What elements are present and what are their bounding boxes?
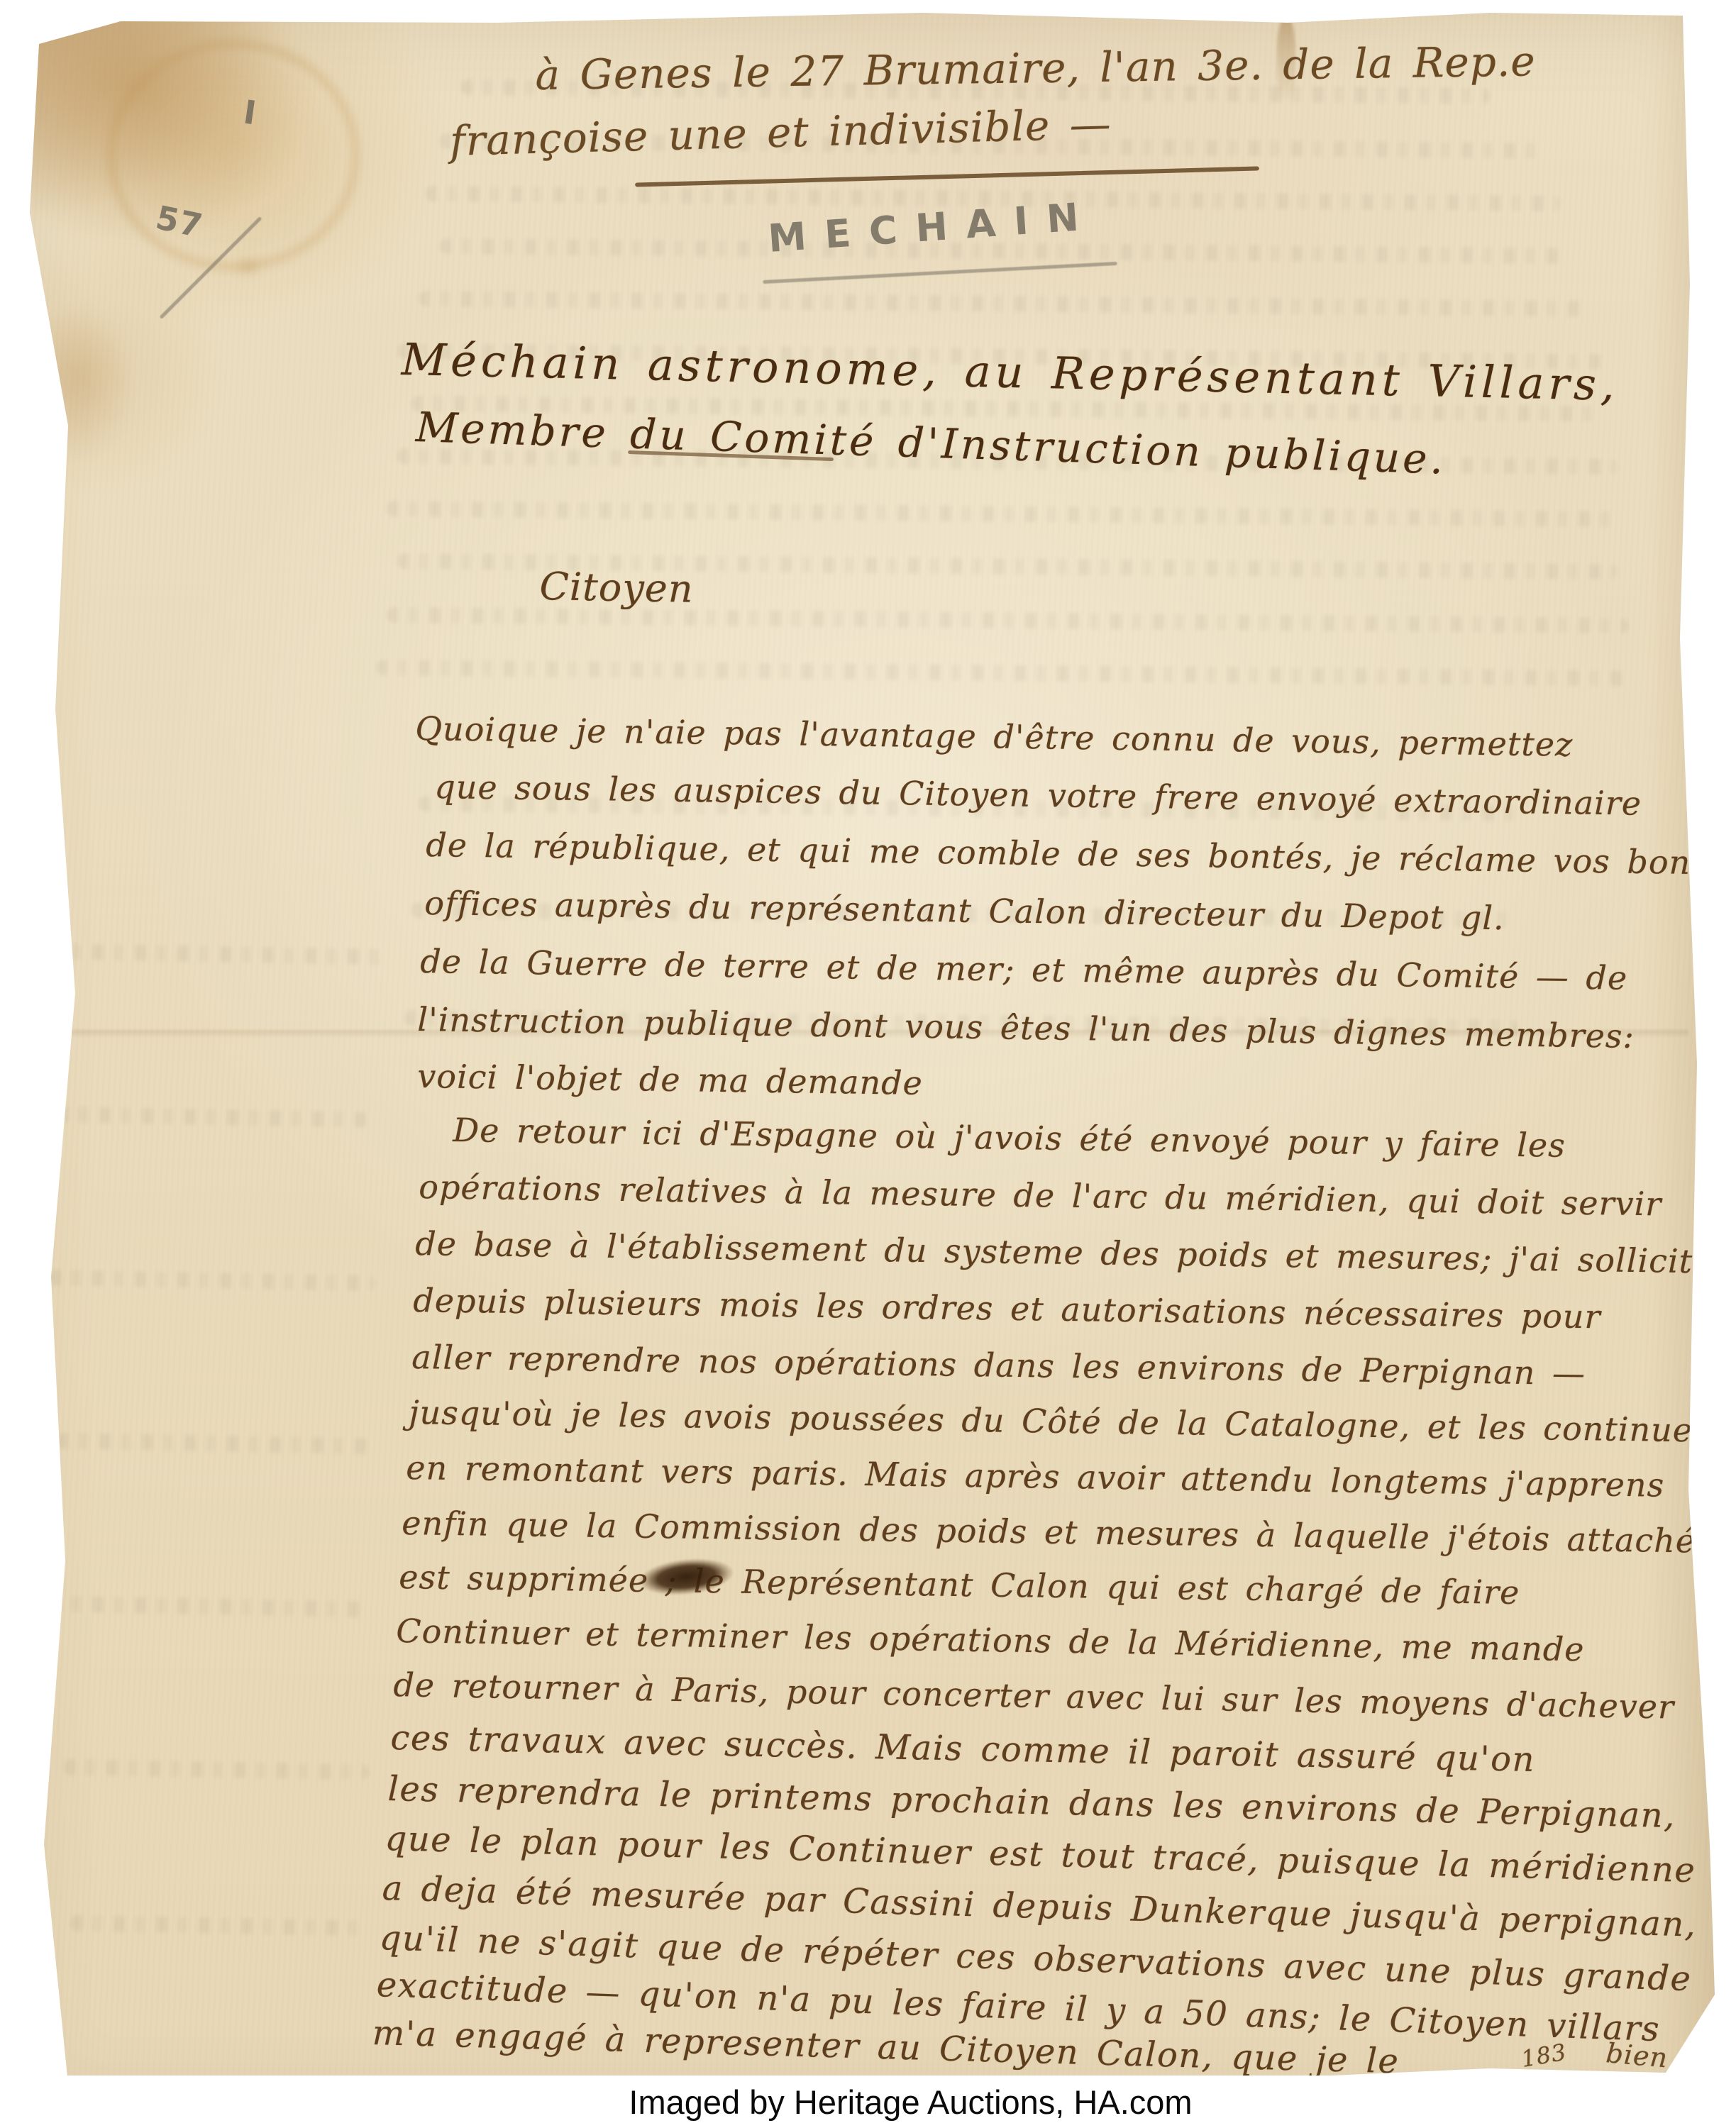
body-line: de la république, et qui me comble de se… bbox=[426, 826, 1708, 882]
letter-sheet: à Genes le 27 Brumaire, l'an 3e. de la R… bbox=[0, 0, 1736, 2128]
bleed-through-line bbox=[411, 396, 1603, 422]
bleed-through-line bbox=[50, 943, 383, 965]
bleed-through-line bbox=[397, 343, 1603, 370]
body-line: enfin que la Commission des poids et mes… bbox=[402, 1504, 1707, 1561]
dateline-1: à Genes le 27 Brumaire, l'an 3e. de la R… bbox=[535, 37, 1536, 99]
salutation: Citoyen bbox=[539, 564, 694, 611]
bleed-through-line bbox=[64, 1759, 369, 1780]
bleed-through-line bbox=[376, 660, 1625, 686]
body-line: Quoique je n'aie pas l'avantage d'être c… bbox=[415, 709, 1574, 764]
crease-horizontal bbox=[43, 1030, 1688, 1037]
pencil-name-annotation: MECHAIN bbox=[767, 194, 1099, 261]
stain-top-left bbox=[0, 0, 312, 241]
pencil-underline bbox=[763, 262, 1117, 284]
catchword: bien bbox=[1605, 2037, 1669, 2073]
bleed-through-line bbox=[57, 1107, 369, 1128]
body-line: de base à l'établissement du systeme des… bbox=[415, 1224, 1713, 1281]
bleed-through-line bbox=[411, 902, 1518, 928]
photo-credit: Imaged by Heritage Auctions, HA.com bbox=[629, 2083, 1192, 2122]
ink-streak-top bbox=[1277, 18, 1295, 103]
foxing-spot bbox=[234, 255, 262, 277]
body-line: a deja été mesurée par Cassini depuis Du… bbox=[382, 1868, 1697, 1945]
bleed-through-line bbox=[419, 796, 1518, 821]
body-line: jusqu'où je les avois poussées du Côté d… bbox=[409, 1393, 1709, 1450]
bleed-through-line bbox=[397, 553, 1618, 580]
bleed-through-line bbox=[440, 133, 1539, 159]
underline-flourish bbox=[635, 166, 1259, 187]
recipient-1: Méchain astronome, au Représentant Villa… bbox=[401, 333, 1619, 411]
body-line: Continuer et terminer les opérations de … bbox=[396, 1612, 1585, 1668]
text-layer: à Genes le 27 Brumaire, l'an 3e. de la R… bbox=[0, 0, 1736, 2128]
body-line: offices auprès du représentant Calon dir… bbox=[424, 884, 1505, 937]
bleed-through-line bbox=[387, 607, 1628, 633]
stain-left-edge bbox=[21, 305, 135, 461]
pencil-slash bbox=[160, 216, 262, 319]
body-line: De retour ici d'Espagne où j'avois été e… bbox=[453, 1111, 1566, 1165]
body-line: exactitude — qu'on n'a pu les faire il y… bbox=[376, 1965, 1661, 2049]
bleed-through-line bbox=[71, 1915, 369, 1936]
body-line: m'a engagé à representer au Citoyen Calo… bbox=[372, 2013, 1400, 2081]
body-line: de la Guerre de terre et de mer; et même… bbox=[420, 942, 1628, 997]
bleed-through-line bbox=[50, 1596, 369, 1617]
bleed-through-line bbox=[426, 186, 1561, 211]
bleed-through-layer bbox=[0, 0, 1736, 2128]
body-line: depuis plusieurs mois les ordres et auto… bbox=[413, 1281, 1601, 1336]
body-line: voici l'objet de ma demande bbox=[417, 1057, 923, 1102]
photo-credit-bar: Imaged by Heritage Auctions, HA.com bbox=[0, 2076, 1736, 2128]
stain-layer bbox=[0, 0, 1736, 2128]
body-line: aller reprendre nos opérations dans les … bbox=[411, 1338, 1586, 1392]
body-line: que le plan pour les Continuer est tout … bbox=[385, 1819, 1696, 1890]
body-line: que sous les auspices du Citoyen votre f… bbox=[434, 767, 1642, 823]
page-number: 183 bbox=[1519, 2038, 1569, 2073]
body-line: est supprimée ; le Représentant Calon qu… bbox=[399, 1558, 1520, 1612]
body-line: qu'il ne s'agit que de répéter ces obser… bbox=[379, 1918, 1692, 1999]
bleed-through-line bbox=[50, 1270, 376, 1291]
bleed-through-line bbox=[387, 501, 1621, 527]
body-line: opérations relatives à la mesure de l'ar… bbox=[419, 1168, 1662, 1223]
body-line: en remontant vers paris. Mais après avoi… bbox=[406, 1448, 1665, 1504]
body-line: ces travaux avec succès. Mais comme il p… bbox=[390, 1718, 1536, 1780]
dateline-2: françoise une et indivisible — bbox=[449, 100, 1112, 165]
overlay-layer bbox=[0, 0, 1736, 2128]
pencil-mark-2: 57 bbox=[153, 198, 206, 245]
body-line: de retourner à Paris, pour concerter ave… bbox=[393, 1666, 1674, 1727]
bleed-through-line bbox=[404, 1010, 1518, 1036]
bleed-through-line bbox=[57, 1433, 369, 1454]
underline-comite bbox=[628, 450, 834, 461]
body-line: l'instruction publique dont vous êtes l'… bbox=[417, 1000, 1635, 1055]
bleed-through-line bbox=[397, 448, 1618, 475]
bleed-through-line bbox=[419, 291, 1589, 316]
recipient-2: Membre du Comité d'Instruction publique. bbox=[415, 403, 1447, 484]
body-line: les reprendra le printems prochain dans … bbox=[387, 1769, 1676, 1836]
bleed-through-line bbox=[440, 238, 1561, 264]
pencil-mark-1: I bbox=[241, 93, 259, 133]
ink-blot bbox=[637, 1554, 736, 1600]
water-ring bbox=[106, 39, 360, 272]
bleed-through-line bbox=[461, 79, 1490, 104]
